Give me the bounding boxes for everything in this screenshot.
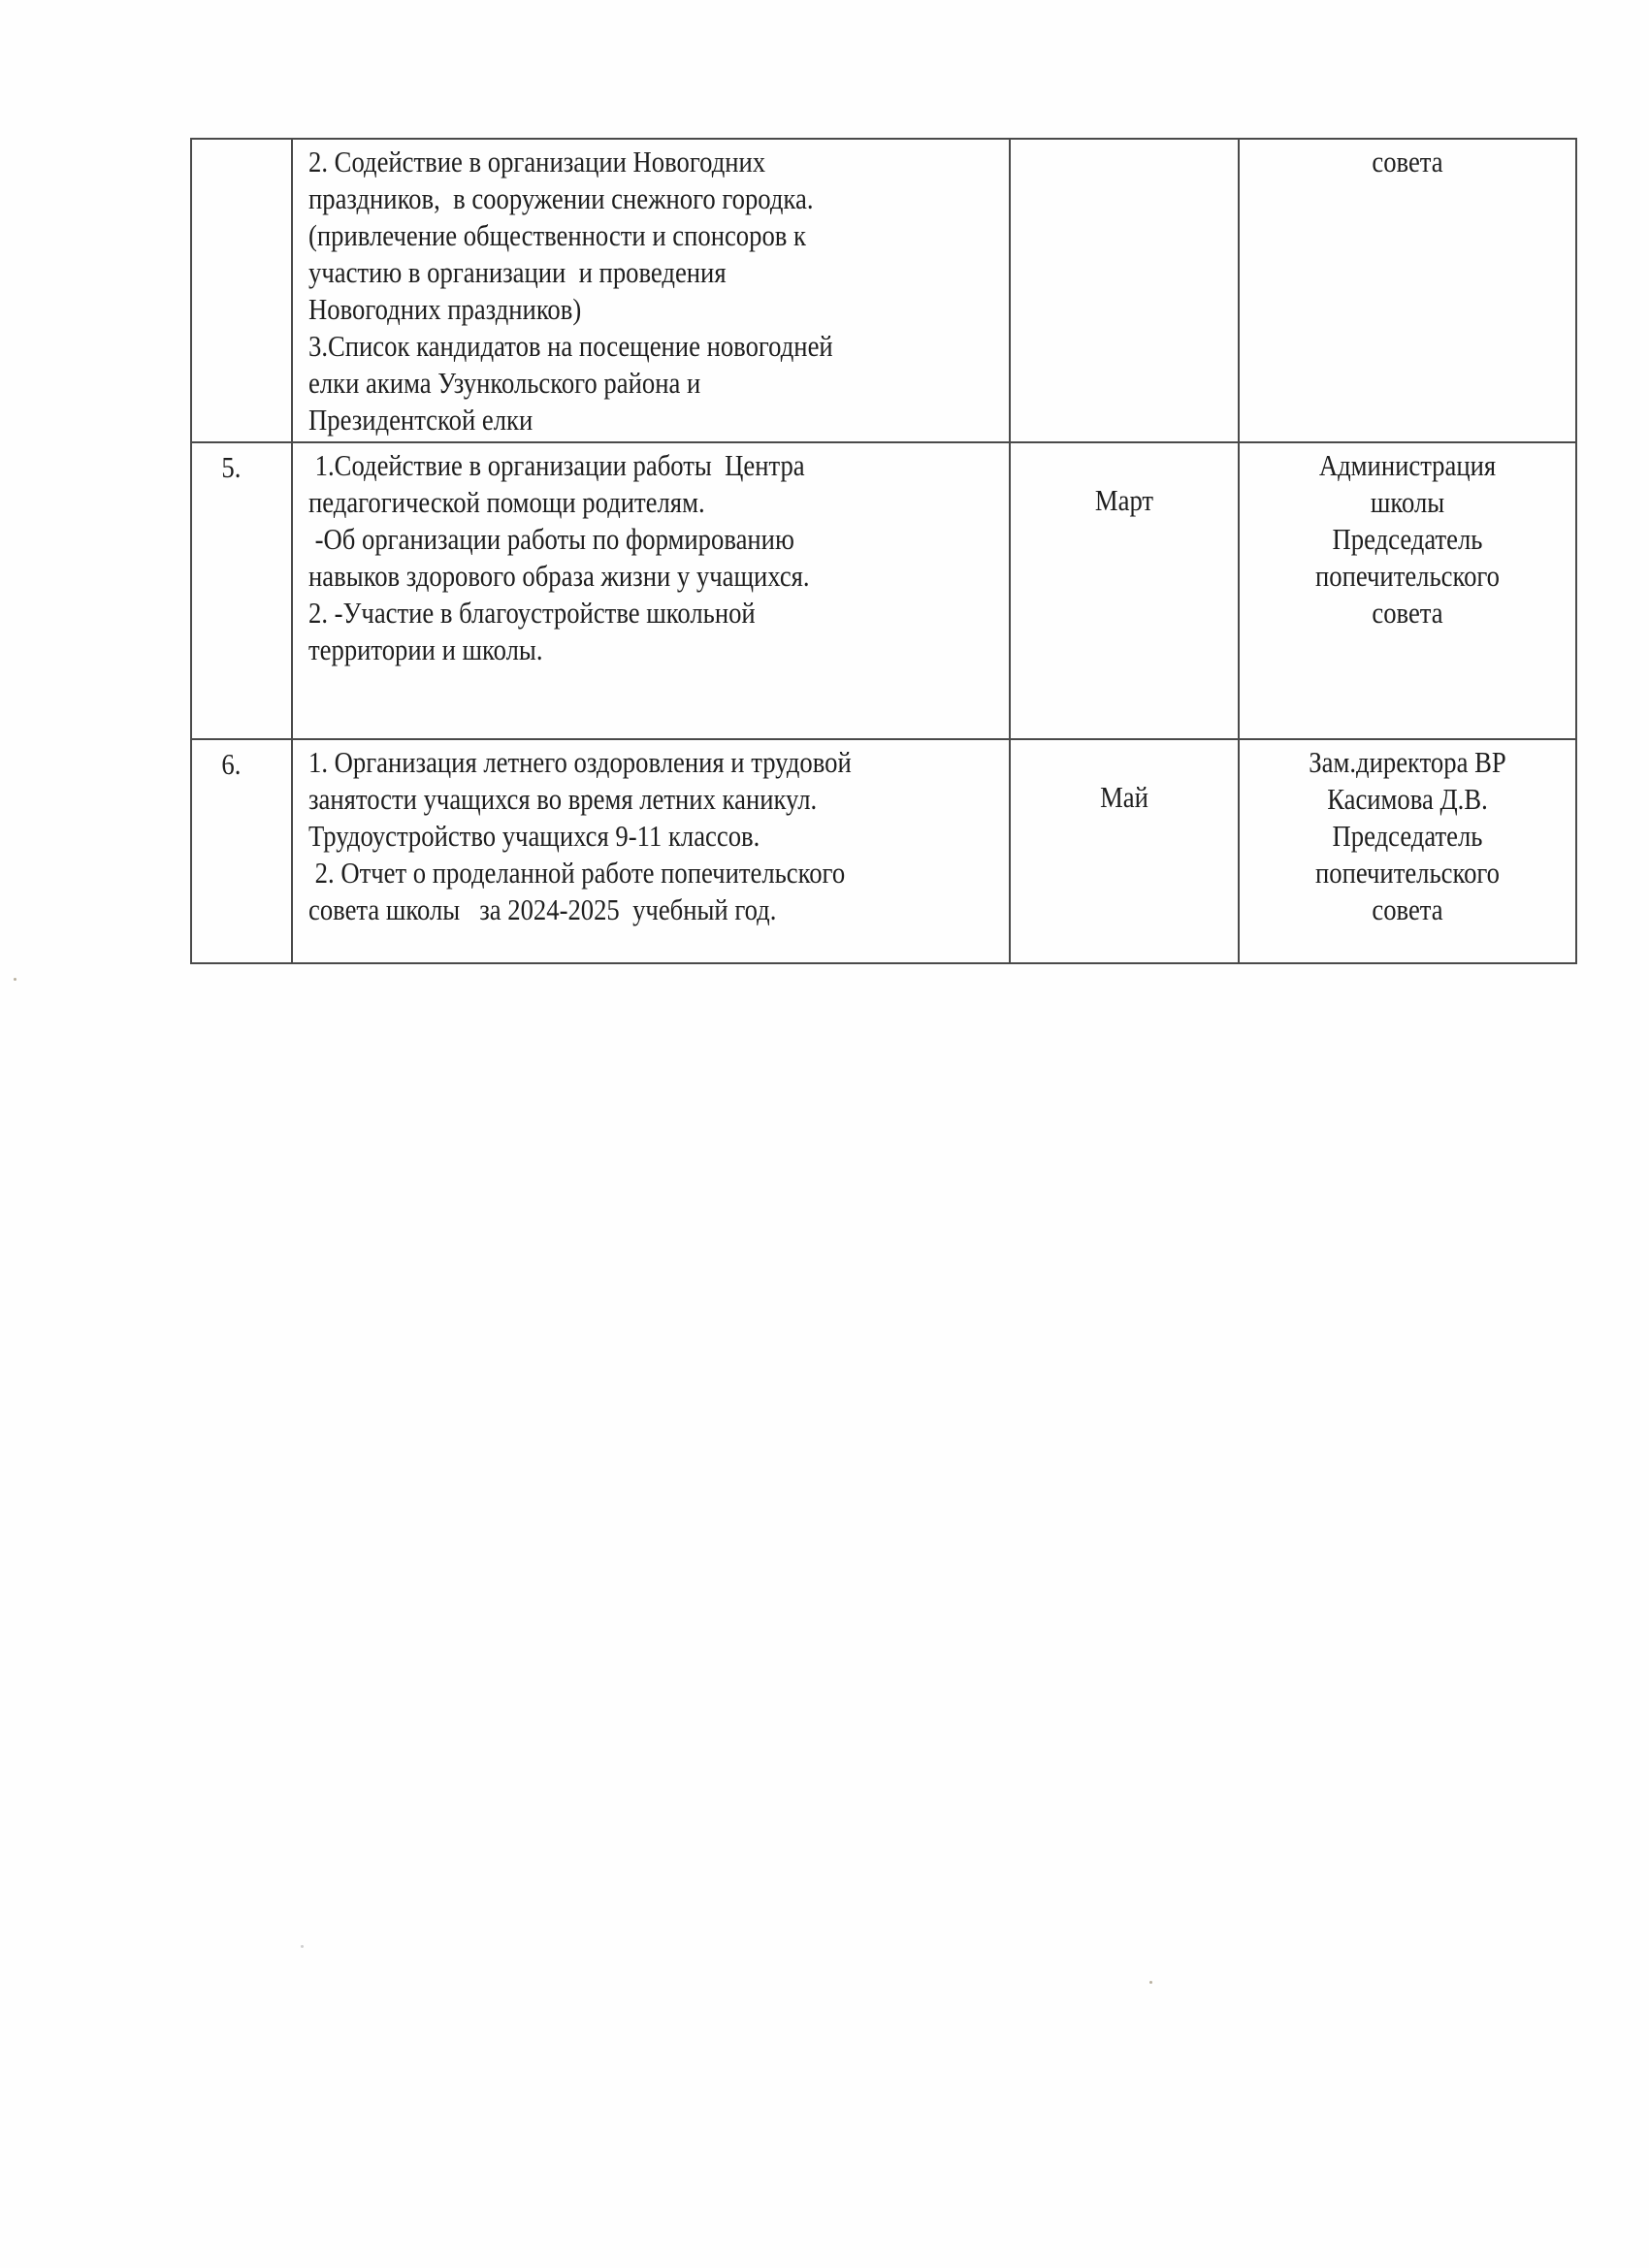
row-number-cell: 6. [191,739,292,963]
table-row: 2. Содействие в организации Новогодних п… [191,139,1576,442]
description-line: совета школы за 2024-2025 учебный год. [308,891,911,928]
description-line: Президентской елки [308,402,911,438]
description-line: праздников, в сооружении снежного городк… [308,180,911,217]
description-line: 1. Организация летнего оздоровления и тр… [308,744,911,781]
table-row: 6. 1. Организация летнего оздоровления и… [191,739,1576,963]
description-line: 1.Содействие в организации работы Центра [308,447,911,484]
description-line: -Об организации работы по формированию [308,521,911,558]
description-line: 2. -Участие в благоустройстве школьной [308,595,911,632]
description-line: 2. Отчет о проделанной работе попечитель… [308,855,911,891]
description-line: участию в организации и проведения [308,254,911,291]
row-number-cell [191,139,292,442]
description-line: (привлечение общественности и спонсоров … [308,217,911,254]
description-cell: 1.Содействие в организации работы Центра… [292,442,1010,739]
responsible-line: школы [1263,484,1552,521]
document-page: 2. Содействие в организации Новогодних п… [0,0,1649,2268]
responsible-line: попечительского [1263,855,1552,891]
description-line: Новогодних праздников) [308,291,911,328]
responsible-cell: Администрация школы Председатель попечит… [1239,442,1576,739]
description-line: территории и школы. [308,632,911,668]
responsible-line: совета [1263,595,1552,632]
responsible-line: попечительского [1263,558,1552,595]
description-line: Трудоустройство учащихся 9-11 классов. [308,818,911,855]
scan-speck [301,1945,304,1948]
scan-speck [14,978,16,981]
responsible-line: Касимова Д.В. [1263,781,1552,818]
description-cell: 1. Организация летнего оздоровления и тр… [292,739,1010,963]
table-row: 5. 1.Содействие в организации работы Цен… [191,442,1576,739]
responsible-line: Председатель [1263,521,1552,558]
date-cell: Март [1010,442,1239,739]
description-line: 2. Содействие в организации Новогодних [308,144,911,180]
description-line: елки акима Узункольского района и [308,365,911,402]
date-text: Май [1026,779,1221,816]
responsible-line: Администрация [1263,447,1552,484]
responsible-line: совета [1263,891,1552,928]
row-number: 6. [192,746,271,783]
description-line: педагогической помощи родителям. [308,484,911,521]
trustee-council-plan-table: 2. Содействие в организации Новогодних п… [190,138,1577,964]
description-line: 3.Список кандидатов на посещение новогод… [308,328,911,365]
responsible-line: Зам.директора ВР [1263,744,1552,781]
date-cell: Май [1010,739,1239,963]
responsible-line: Председатель [1263,818,1552,855]
description-line: навыков здорового образа жизни у учащихс… [308,558,911,595]
responsible-cell: Зам.директора ВР Касимова Д.В. Председат… [1239,739,1576,963]
row-number-cell: 5. [191,442,292,739]
description-cell: 2. Содействие в организации Новогодних п… [292,139,1010,442]
responsible-line: совета [1263,144,1552,180]
scan-speck [1149,1981,1152,1984]
date-text: Март [1026,482,1221,519]
row-number: 5. [192,449,271,486]
description-line: занятости учащихся во время летних каник… [308,781,911,818]
responsible-cell: совета [1239,139,1576,442]
date-cell [1010,139,1239,442]
